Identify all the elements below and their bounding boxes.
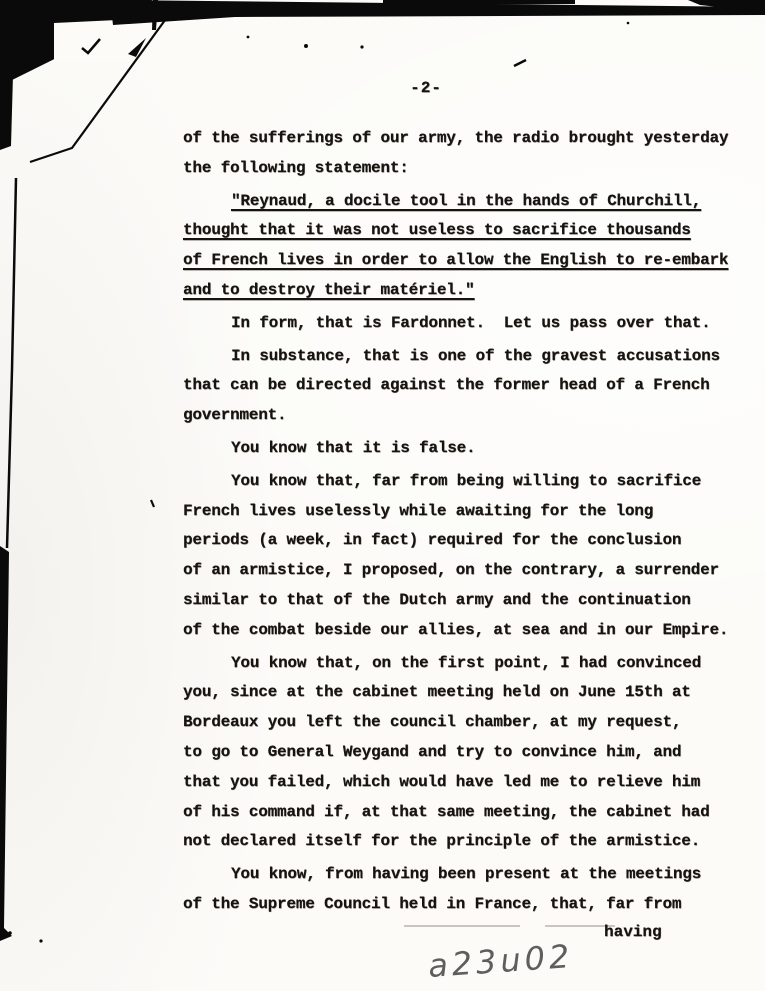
typed-line: periods (a week, in fact) required for t… xyxy=(183,526,758,556)
typed-line: of the sufferings of our army, the radio… xyxy=(183,124,758,154)
typed-line: that you failed, which would have led me… xyxy=(183,768,758,798)
corner-fold-highlight xyxy=(54,19,139,62)
typed-line: In substance, that is one of the gravest… xyxy=(183,342,758,372)
typed-line: of an armistice, I proposed, on the cont… xyxy=(183,556,758,586)
typed-line: You know that it is false. xyxy=(183,434,758,464)
typed-line: government. xyxy=(183,401,758,431)
handwritten-archive-code: a23u02 xyxy=(427,939,574,983)
scanner-edge-band xyxy=(110,0,765,25)
typed-line: French lives uselessly while awaiting fo… xyxy=(183,497,758,527)
typed-line: to go to General Weygand and try to conv… xyxy=(183,738,758,768)
crease-line xyxy=(30,16,168,162)
typed-line: You know that, far from being willing to… xyxy=(183,467,758,497)
scanner-edge-band-top xyxy=(383,0,575,5)
typed-line: the following statement: xyxy=(183,154,758,184)
typed-line: Bordeaux you left the council chamber, a… xyxy=(183,708,758,738)
typed-line: that can be directed against the former … xyxy=(183,371,758,401)
ink-speck xyxy=(360,45,363,48)
typed-line: In form, that is Fardonnet. Let us pass … xyxy=(183,309,758,339)
catchword: having xyxy=(604,922,662,942)
faint-underline-mark xyxy=(404,925,520,927)
scanner-corner-blob xyxy=(688,0,765,12)
typed-line: of his command if, at that same meeting,… xyxy=(183,798,758,828)
typed-line: of the Supreme Council held in France, t… xyxy=(183,890,758,920)
typed-line: you, since at the cabinet meeting held o… xyxy=(183,678,758,708)
typed-line: and to destroy their matériel." xyxy=(183,276,758,306)
corner-fold-artifact xyxy=(0,0,152,86)
typed-line: similar to that of the Dutch army and th… xyxy=(183,586,758,616)
typed-body-text: of the sufferings of our army, the radio… xyxy=(183,124,758,920)
ink-speck xyxy=(627,22,630,25)
typed-line: not declared itself for the principle of… xyxy=(183,827,758,857)
top-tick-artifact xyxy=(152,0,158,30)
typed-line: You know, from having been present at th… xyxy=(183,860,758,890)
check-mark xyxy=(82,39,100,53)
crease-arrowhead xyxy=(128,38,146,57)
typed-line: thought that it was not useless to sacri… xyxy=(183,216,758,246)
scanned-document-page: -2- of the sufferings of our army, the r… xyxy=(0,0,765,991)
typed-line: of the combat beside our allies, at sea … xyxy=(183,616,758,646)
binding-edge-line xyxy=(7,178,16,548)
page-number: -2- xyxy=(396,79,456,97)
ink-speck xyxy=(304,44,308,48)
ink-speck xyxy=(8,931,12,935)
left-edge-blob-artifact xyxy=(0,70,13,150)
ink-speck xyxy=(151,500,154,507)
typed-line: "Reynaud, a docile tool in the hands of … xyxy=(183,187,758,217)
ink-speck xyxy=(514,60,526,66)
typed-line: of French lives in order to allow the En… xyxy=(183,246,758,276)
typed-line: You know that, on the first point, I had… xyxy=(183,649,758,679)
ink-speck xyxy=(247,36,250,39)
ink-speck xyxy=(39,939,42,942)
binding-edge-bar xyxy=(0,546,12,941)
